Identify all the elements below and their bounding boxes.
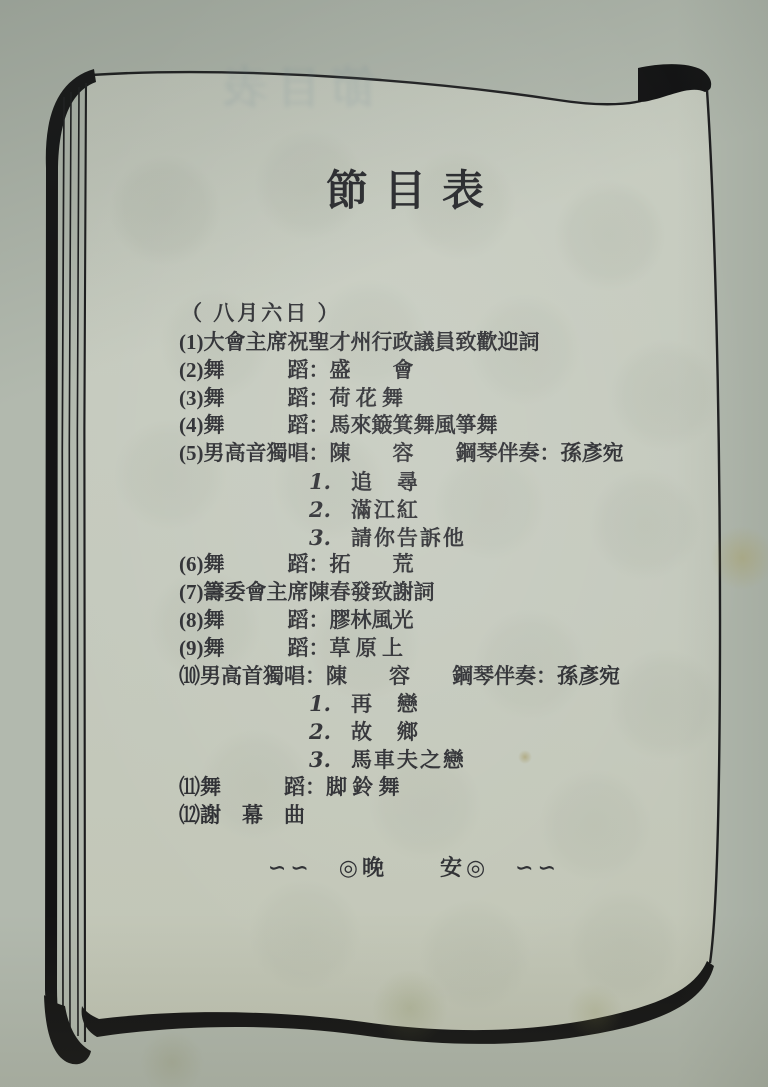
item-text: 舞 蹈：脚 鈴 舞 xyxy=(200,775,400,799)
program-item: (6)舞 蹈：拓 荒 xyxy=(179,551,689,579)
song-title: 再 戀 xyxy=(351,692,420,716)
item-text: 舞 蹈：盛 會 xyxy=(204,358,414,382)
song-title: 請你告訴他 xyxy=(351,526,466,550)
item-number: (9) xyxy=(179,635,204,663)
date-line: （ 八月六日 ） xyxy=(181,297,342,327)
item-text: 舞 蹈：草 原 上 xyxy=(204,636,404,660)
program-item: (7)籌委會主席陳春發致謝詞 xyxy=(179,579,689,607)
item-text: 大會主席祝聖才州行政議員致歡迎詞 xyxy=(204,330,540,354)
song-title: 故 鄉 xyxy=(351,720,420,744)
item-text: 籌委會主席陳春發致謝詞 xyxy=(204,580,435,604)
song-number: 1. xyxy=(309,468,331,496)
song-number: 3. xyxy=(309,746,331,774)
program-item: (4)舞 蹈：馬來簸箕舞風箏舞 xyxy=(179,412,689,440)
song-item: 2.故 鄉 xyxy=(179,718,689,746)
item-text: 舞 蹈：荷 花 舞 xyxy=(204,386,404,410)
song-number: 2. xyxy=(309,718,331,746)
item-text: 舞 蹈：馬來簸箕舞風箏舞 xyxy=(204,413,498,437)
item-number: ⑾ xyxy=(179,774,200,802)
program-item: (2)舞 蹈：盛 會 xyxy=(179,357,689,385)
item-number: (2) xyxy=(179,357,204,385)
page-title: 節目表 xyxy=(115,158,695,218)
item-number: (1) xyxy=(179,329,204,357)
program-list: (1)大會主席祝聖才州行政議員致歡迎詞 (2)舞 蹈：盛 會 (3)舞 蹈：荷 … xyxy=(179,329,689,829)
item-number: (5) xyxy=(179,440,204,468)
song-number: 1. xyxy=(309,690,331,718)
song-title: 追 尋 xyxy=(351,470,420,494)
song-item: 3.馬車夫之戀 xyxy=(179,746,689,774)
item-number: (3) xyxy=(179,385,204,413)
song-title: 滿江紅 xyxy=(351,498,420,522)
goodnight-line: ∽∽ ◎晚 安◎ ∽∽ xyxy=(179,851,649,882)
item-text: 舞 蹈：拓 荒 xyxy=(204,552,414,576)
song-title: 馬車夫之戀 xyxy=(351,748,466,772)
program-item: (1)大會主席祝聖才州行政議員致歡迎詞 xyxy=(179,329,689,357)
item-number: (8) xyxy=(179,607,204,635)
item-text: 男高音獨唱：陳 容 鋼琴伴奏：孫彥宛 xyxy=(204,441,624,465)
item-text: 男高首獨唱：陳 容 鋼琴伴奏：孫彥宛 xyxy=(200,664,620,688)
item-number: (7) xyxy=(179,579,204,607)
song-item: 1.再 戀 xyxy=(179,690,689,718)
program-item: ⑾舞 蹈：脚 鈴 舞 xyxy=(179,774,689,802)
program-item: (3)舞 蹈：荷 花 舞 xyxy=(179,385,689,413)
item-number: (6) xyxy=(179,551,204,579)
item-text: 謝 幕 曲 xyxy=(200,803,305,827)
program-item: ⑿謝 幕 曲 xyxy=(179,802,689,830)
program-item: ⑽男高首獨唱：陳 容 鋼琴伴奏：孫彥宛 xyxy=(179,663,689,691)
song-item: 2.滿江紅 xyxy=(179,496,689,524)
item-text: 舞 蹈：膠林風光 xyxy=(204,608,414,632)
song-number: 2. xyxy=(309,496,331,524)
song-item: 3.請你告訴他 xyxy=(179,524,689,552)
program-item: (8)舞 蹈：膠林風光 xyxy=(179,607,689,635)
program-item: (5)男高音獨唱：陳 容 鋼琴伴奏：孫彥宛 xyxy=(179,440,689,468)
program-content: 節目表 （ 八月六日 ） (1)大會主席祝聖才州行政議員致歡迎詞 (2)舞 蹈：… xyxy=(0,0,768,1087)
song-number: 3. xyxy=(309,524,331,552)
item-number: ⑽ xyxy=(179,663,200,691)
scanned-program-page: 節目表 節目表 （ 八月六日 ） (1)大會主席祝聖才州行政議員致歡迎詞 (2)… xyxy=(0,0,768,1087)
item-number: ⑿ xyxy=(179,802,200,830)
item-number: (4) xyxy=(179,412,204,440)
program-item: (9)舞 蹈：草 原 上 xyxy=(179,635,689,663)
song-item: 1.追 尋 xyxy=(179,468,689,496)
